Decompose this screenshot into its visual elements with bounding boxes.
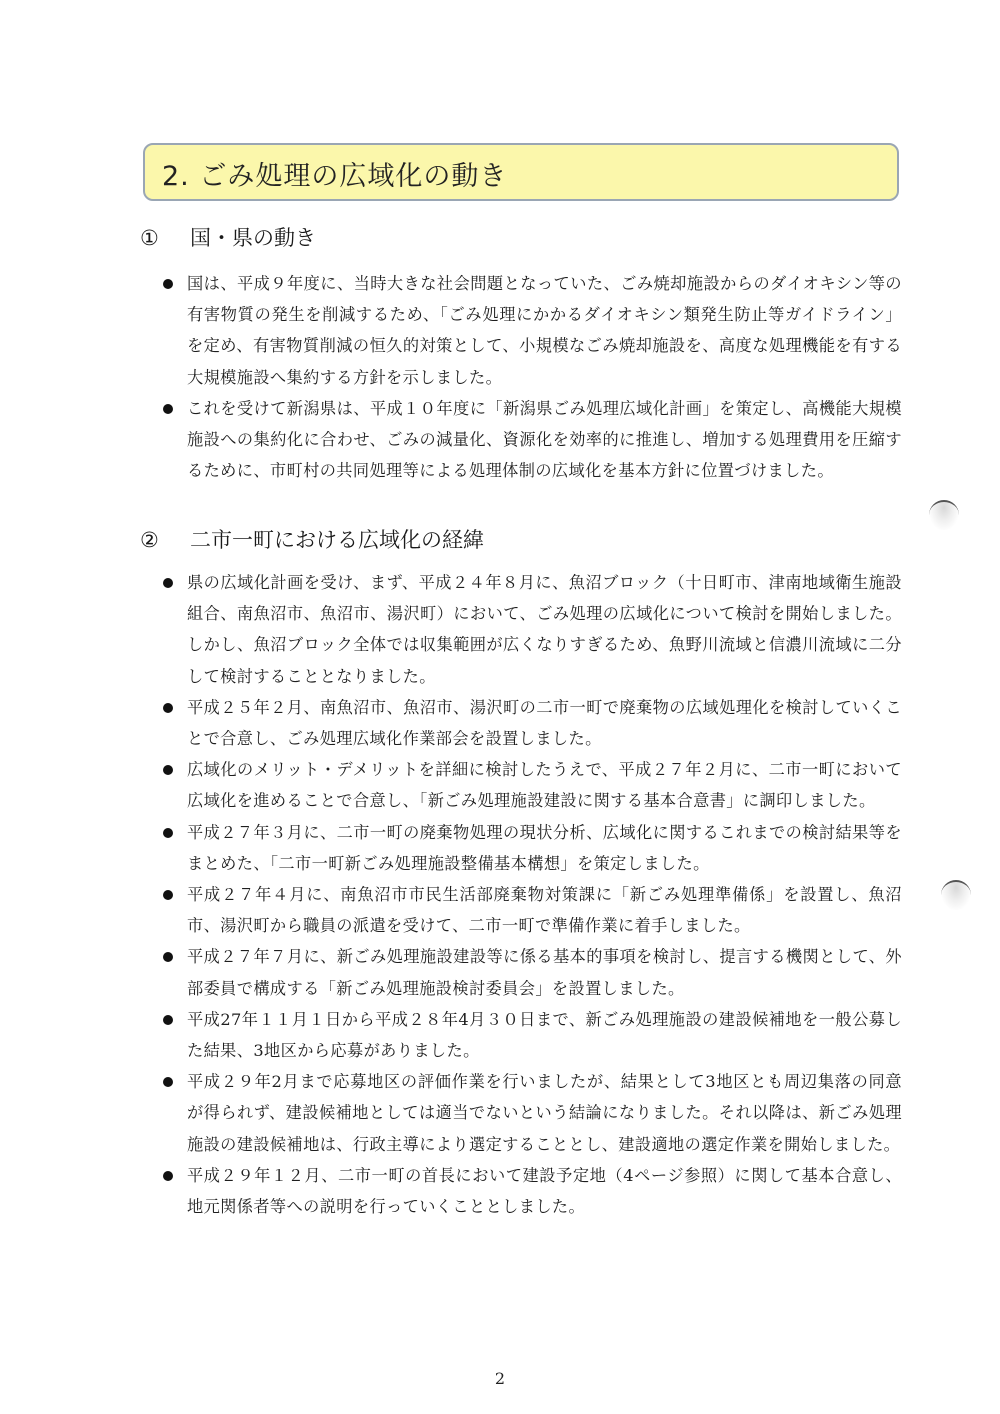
list-item: 平成２７年３月に、二市一町の廃棄物処理の現状分析、広域化に関するこれまでの検討結… [160, 817, 902, 879]
page-number: 2 [0, 1369, 1000, 1388]
subsection-number: ① [140, 226, 190, 250]
list-item: 広域化のメリット・デメリットを詳細に検討したうえで、平成２７年２月に、二市一町に… [160, 754, 902, 816]
list-item: 平成２７年７月に、新ごみ処理施設建設等に係る基本的事項を検討し、提言する機関とし… [160, 941, 902, 1003]
subsection-number: ② [140, 528, 190, 552]
list-item: 県の広域化計画を受け、まず、平成２４年８月に、魚沼ブロック（十日町市、津南地域衛… [160, 567, 902, 692]
list-item: 平成２５年２月、南魚沼市、魚沼市、湯沢町の二市一町で廃棄物の広域処理化を検討して… [160, 692, 902, 754]
list-item: 平成２９年2月まで応募地区の評価作業を行いましたが、結果として3地区とも周辺集落… [160, 1066, 902, 1160]
list-item: これを受けて新潟県は、平成１０年度に「新潟県ごみ処理広域化計画」を策定し、高機能… [160, 393, 902, 487]
punch-hole-mark [941, 880, 971, 910]
bullet-list-regional-history: 県の広域化計画を受け、まず、平成２４年８月に、魚沼ブロック（十日町市、津南地域衛… [160, 567, 902, 1222]
punch-hole-mark [929, 500, 959, 530]
subsection-title: 国・県の動き [190, 226, 316, 250]
section-title: 2. ごみ処理の広域化の動き [162, 154, 507, 193]
list-item: 平成２９年１２月、二市一町の首長において建設予定地（4ページ参照）に関して基本合… [160, 1160, 902, 1222]
list-item: 平成２７年４月に、南魚沼市市民生活部廃棄物対策課に「新ごみ処理準備係」を設置し、… [160, 879, 902, 941]
subsection-title: 二市一町における広域化の経緯 [190, 528, 484, 552]
list-item: 国は、平成９年度に、当時大きな社会問題となっていた、ごみ焼却施設からのダイオキシ… [160, 268, 902, 393]
list-item: 平成27年１１月１日から平成２８年4月３０日まで、新ごみ処理施設の建設候補地を一… [160, 1004, 902, 1066]
subsection-heading-regional-history: ②二市一町における広域化の経緯 [140, 524, 484, 554]
subsection-heading-national-prefectural: ①国・県の動き [140, 222, 316, 252]
section-title-box: 2. ごみ処理の広域化の動き [143, 143, 899, 201]
bullet-list-national-prefectural: 国は、平成９年度に、当時大きな社会問題となっていた、ごみ焼却施設からのダイオキシ… [160, 268, 902, 486]
